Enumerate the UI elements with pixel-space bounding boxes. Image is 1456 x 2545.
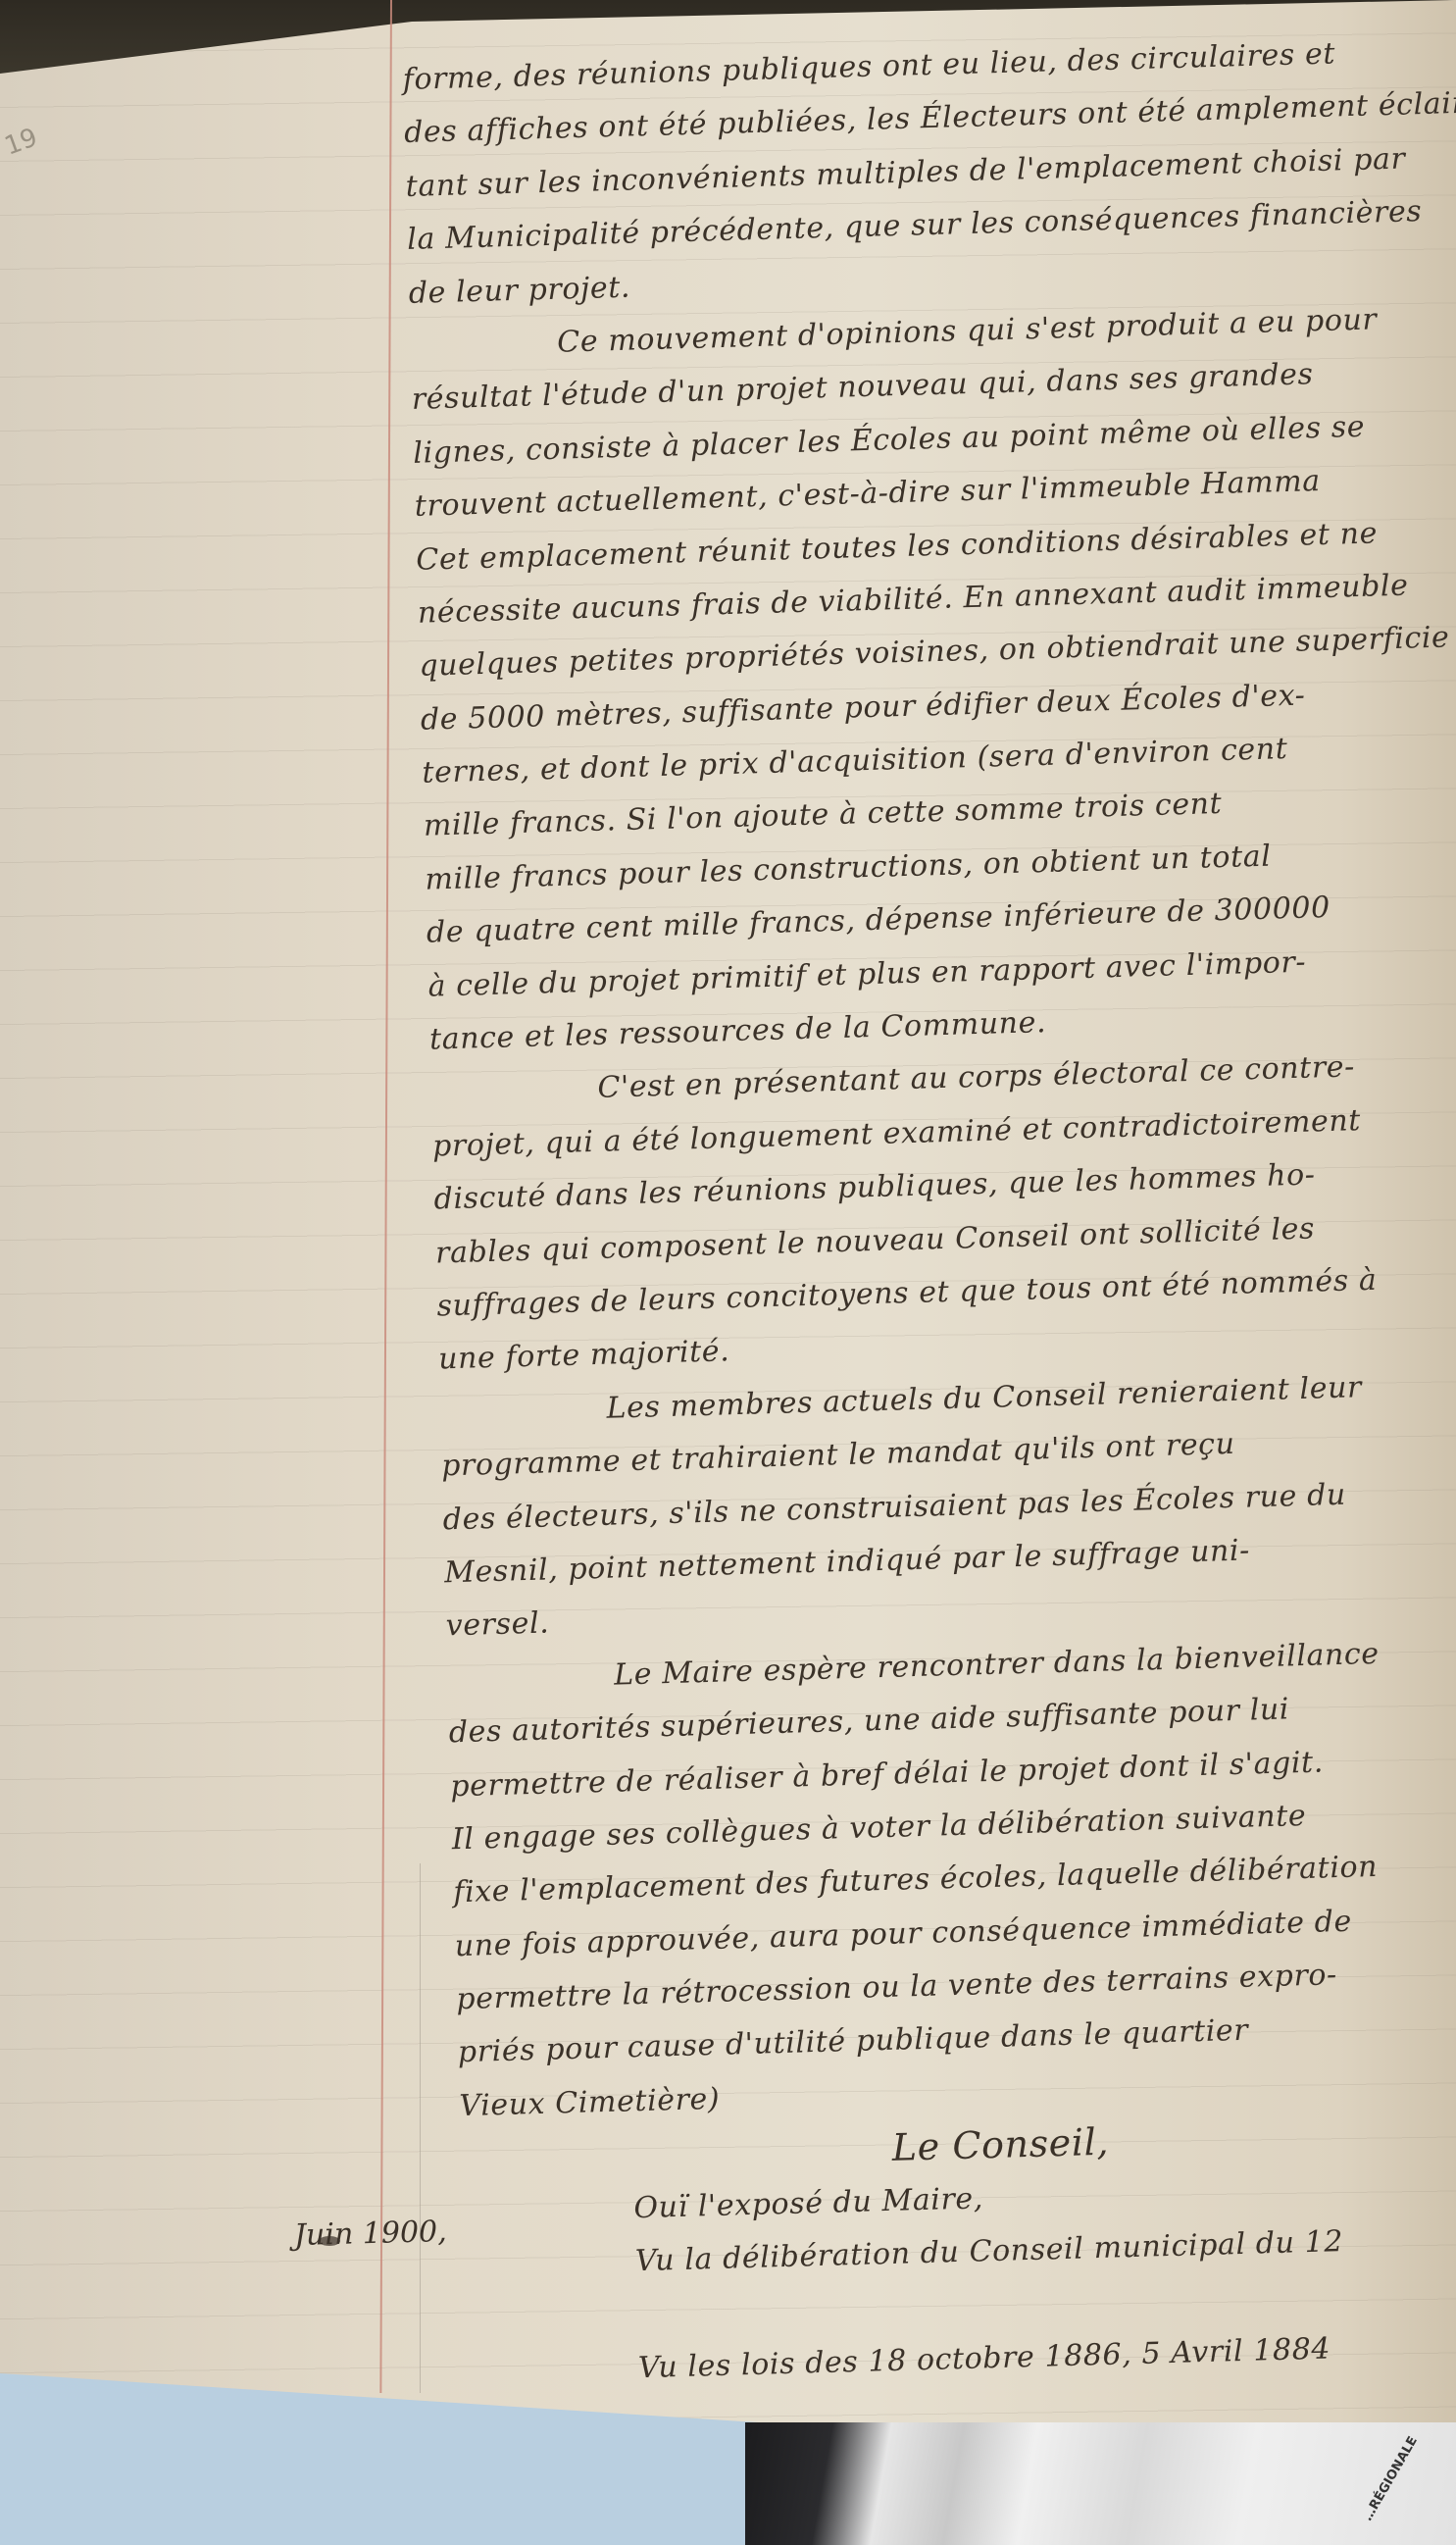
handwritten-text-block: forme, des réunions publiques ont eu lie… (402, 25, 1456, 2400)
margin-date-note: Juin 1900, (294, 2214, 448, 2253)
secondary-margin-rule (420, 1863, 421, 2393)
paper-stack-below (745, 2422, 1456, 2545)
